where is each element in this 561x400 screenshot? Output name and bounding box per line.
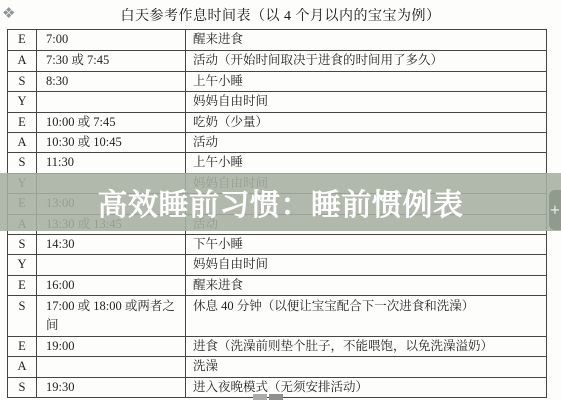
table-row: A 洗澡 [8, 356, 546, 376]
table-row: E 10:00 或 7:45 吃奶（少量） [8, 112, 546, 132]
time-cell: 19:00 [37, 337, 186, 356]
activity-cell: 活动（开始时间取决于进食的时间用了多久） [186, 51, 546, 70]
table-row: S 17:00 或 18:00 或两者之间 休息 40 分钟（以便让宝宝配合下一… [8, 295, 546, 336]
phase-cell: E [8, 30, 37, 50]
plus-icon: + [550, 204, 561, 217]
table-row: S 11:30 上午小睡 [8, 152, 546, 172]
time-cell: 10:00 或 7:45 [37, 113, 186, 132]
activity-cell: 醒来进食 [186, 276, 546, 295]
phase-cell: A [8, 51, 37, 70]
activity-cell: 上午小睡 [186, 153, 546, 172]
phase-cell: S [8, 296, 37, 336]
phase-cell: S [8, 153, 37, 172]
expand-tab-button[interactable]: + [549, 190, 561, 230]
activity-cell: 妈妈自由时间 [186, 255, 546, 274]
time-cell: 10:30 或 10:45 [37, 133, 186, 152]
table-row: Y 妈妈自由时间 [8, 91, 546, 111]
table-row: A 10:30 或 10:45 活动 [8, 132, 546, 152]
watermark-overlay-band: 高效睡前习惯：睡前惯例表 [0, 173, 561, 231]
activity-cell: 妈妈自由时间 [186, 92, 546, 111]
overlay-title: 高效睡前习惯：睡前惯例表 [98, 180, 464, 224]
time-cell: 17:00 或 18:00 或两者之间 [37, 296, 186, 336]
time-cell [37, 92, 186, 111]
time-cell [37, 357, 186, 376]
time-cell: 7:00 [37, 30, 186, 50]
activity-cell: 下午小睡 [186, 235, 546, 254]
phase-cell: S [8, 235, 37, 254]
activity-cell: 醒来进食 [186, 30, 546, 50]
time-cell: 19:30 [37, 378, 186, 397]
phase-cell: Y [8, 92, 37, 111]
activity-cell: 上午小睡 [186, 72, 546, 91]
time-cell: 16:00 [37, 276, 186, 295]
table-row: S 14:30 下午小睡 [8, 234, 546, 254]
activity-cell: 洗澡 [186, 357, 546, 376]
activity-cell: 活动 [186, 133, 546, 152]
table-row: Y 妈妈自由时间 [8, 254, 546, 274]
activity-cell: 进食（洗澡前则垫个肚子，不能喂饱，以免洗澡溢奶） [186, 337, 546, 356]
cutoff-element-right [269, 394, 283, 400]
activity-cell: 吃奶（少量） [186, 113, 546, 132]
phase-cell: E [8, 337, 37, 356]
cutoff-element-left [253, 394, 267, 400]
screenshot-root: ❖ 白天参考作息时间表（以 4 个月以内的宝宝为例） E 7:00 醒来进食 A… [0, 0, 561, 400]
table-row: S 8:30 上午小睡 [8, 71, 546, 91]
time-cell: 14:30 [37, 235, 186, 254]
time-cell: 8:30 [37, 72, 186, 91]
phase-cell: E [8, 276, 37, 295]
table-row: E 19:00 进食（洗澡前则垫个肚子，不能喂饱，以免洗澡溢奶） [8, 336, 546, 356]
activity-cell: 进入夜晚模式（无须安排活动） [186, 378, 546, 397]
table-row: A 7:30 或 7:45 活动（开始时间取决于进食的时间用了多久） [8, 50, 546, 70]
activity-cell: 休息 40 分钟（以便让宝宝配合下一次进食和洗澡） [186, 296, 546, 336]
time-cell: 7:30 或 7:45 [37, 51, 186, 70]
time-cell: 11:30 [37, 153, 186, 172]
phase-cell: A [8, 133, 37, 152]
phase-cell: Y [8, 255, 37, 274]
time-cell [37, 255, 186, 274]
phase-cell: S [8, 72, 37, 91]
phase-cell: E [8, 113, 37, 132]
table-row: E 16:00 醒来进食 [8, 275, 546, 295]
table-title: 白天参考作息时间表（以 4 个月以内的宝宝为例） [0, 5, 561, 25]
phase-cell: A [8, 357, 37, 376]
phase-cell: S [8, 378, 37, 397]
table-row: E 7:00 醒来进食 [8, 30, 546, 50]
